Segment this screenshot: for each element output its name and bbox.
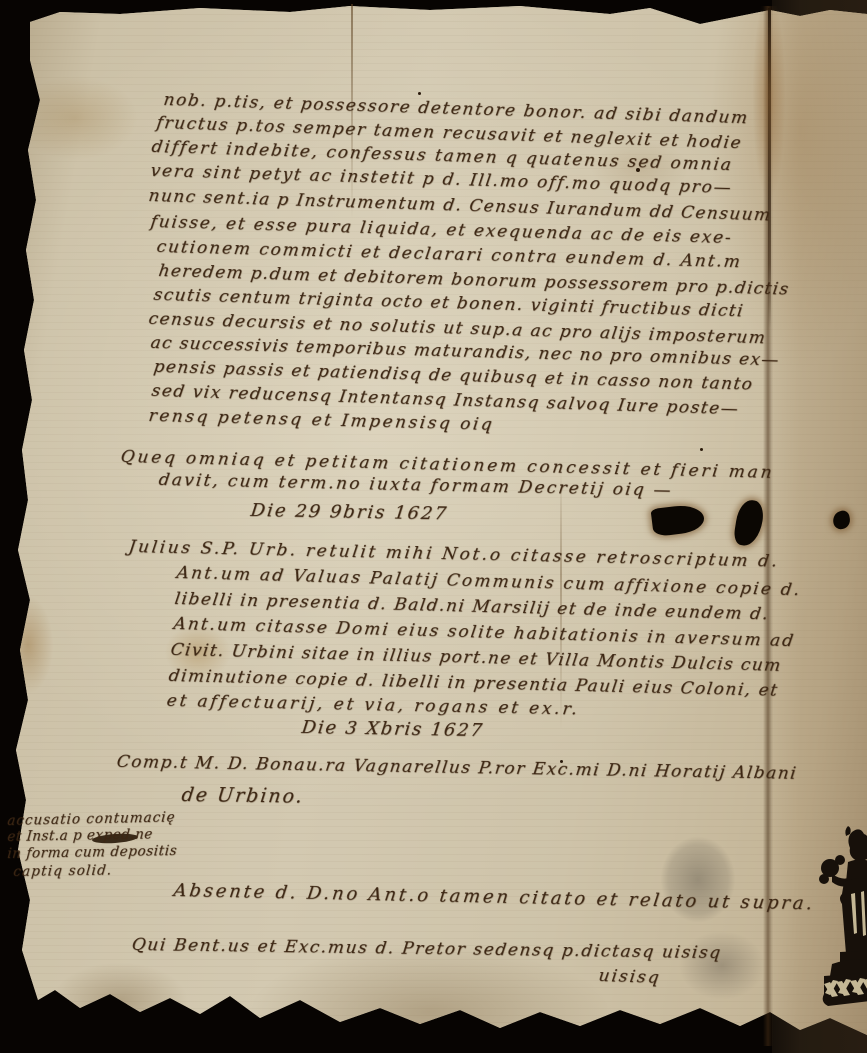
- margin-note-line: in forma cum depositis: [7, 843, 178, 862]
- fold-stain: [748, 6, 790, 306]
- date-line: Die 29 9bris 1627: [249, 500, 449, 524]
- woodcut-ornament-icon: [818, 824, 867, 1010]
- ink-speck: [700, 448, 703, 451]
- manuscript-scan: nob. p.tis, et possessore detentore bono…: [0, 0, 867, 1053]
- margin-note-line: et Inst.a p exped.ne: [7, 826, 154, 845]
- body-line: de Urbino.: [180, 784, 305, 808]
- ink-smudge: [662, 918, 782, 1013]
- date-line: Die 3 Xbris 1627: [300, 717, 485, 741]
- ink-speck: [418, 92, 421, 95]
- body-line: uisisq: [597, 966, 662, 988]
- margin-note-line: captiq solid.: [13, 863, 114, 880]
